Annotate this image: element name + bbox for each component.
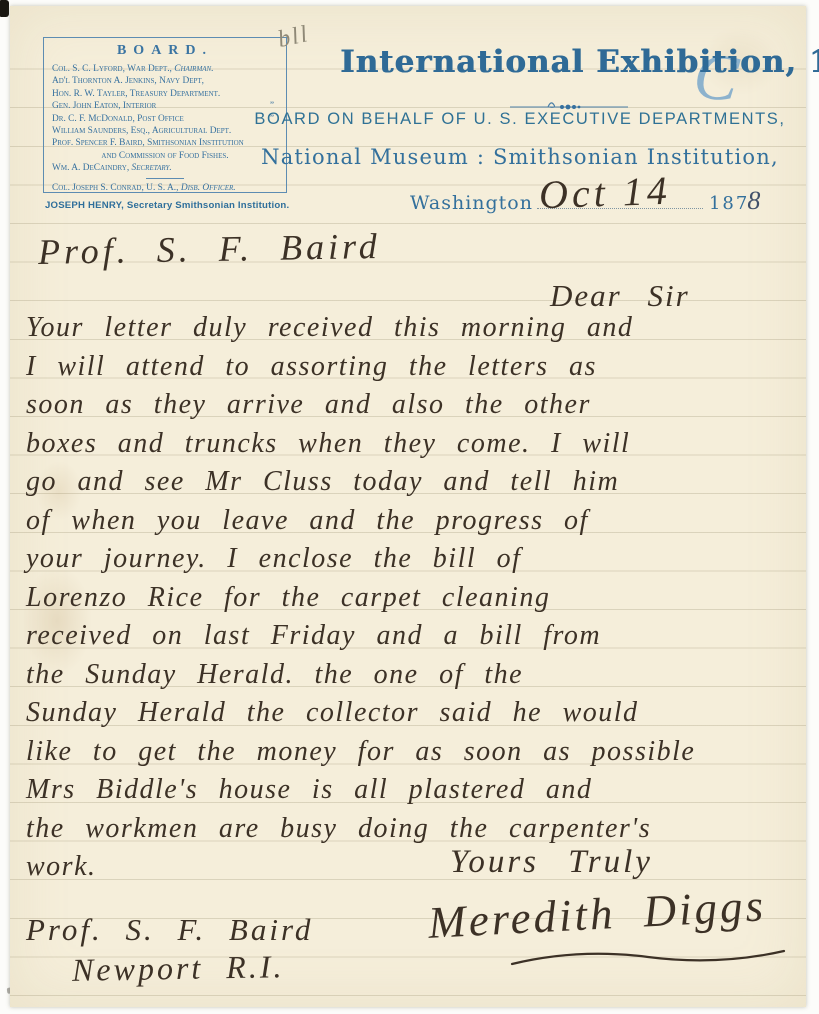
footer-recipient-address: Newport R.I. [72,948,285,989]
dateline: WashingtonOct 141878 [410,186,760,216]
body-line: I will attend to assorting the letters a… [26,351,796,390]
secretary-smithsonian-line: JOSEPH HENRY, Secretary Smithsonian Inst… [45,200,289,211]
pencil-scribble: bll [276,21,312,54]
date-dotted-underline: Oct 14 [537,188,703,209]
body-line: the workmen are busy doing the carpenter… [26,813,796,852]
letterhead-title: International Exhibition, 1876. [340,44,819,80]
signature: Meredith Diggs [427,879,767,949]
board-box-title: BOARD. [52,43,278,59]
board-member-line: Col. Joseph S. Conrad, U. S. A., Disb. O… [52,182,278,194]
board-member-line: Col. S. C. Lyford, War Dept., Chairman. [52,63,278,75]
body-line: Your letter duly received this morning a… [26,312,796,351]
recipient-name: Prof. S. F. Baird [38,225,381,273]
letterhead-institution: National Museum : Smithsonian Institutio… [240,145,800,169]
body-line: Lorenzo Rice for the carpet cleaning [26,582,796,621]
scan-artifact-left-edge [0,0,9,17]
printed-year-prefix: 187 [709,193,749,214]
body-line: soon as they arrive and also the other [26,389,796,428]
body-line: of when you leave and the progress of [26,505,796,544]
board-box-divider [146,178,184,179]
body-line: go and see Mr Cluss today and tell him [26,466,796,505]
board-member-line: Ad'l Thornton A. Jenkins, Navy Dept, [52,75,278,87]
letter-body: Your letter duly received this morning a… [26,312,796,890]
body-line: like to get the money for as soon as pos… [26,736,796,775]
footer-recipient-name: Prof. S. F. Baird [26,912,313,948]
body-line: received on last Friday and a bill from [26,620,796,659]
body-line: your journey. I enclose the bill of [26,543,796,582]
salutation: Dear Sir [550,278,690,314]
body-line: boxes and truncks when they come. I will [26,428,796,467]
body-line: Mrs Biddle's house is all plastered and [26,774,796,813]
board-member-line: Hon. R. W. Tayler, Treasury Department. [52,88,278,100]
body-line: the Sunday Herald. the one of the [26,659,796,698]
body-line: Sunday Herald the collector said he woul… [26,697,796,736]
letter-paper: BOARD. Col. S. C. Lyford, War Dept., Cha… [10,6,806,1007]
closing-phrase: Yours Truly [450,844,653,881]
signature-flourish [508,944,788,970]
dateline-place: Washington [410,192,533,214]
letterhead-subtitle: BOARD ON BEHALF OF U. S. EXECUTIVE DEPAR… [240,110,800,129]
scan-canvas: BOARD. Col. S. C. Lyford, War Dept., Cha… [0,0,819,1014]
handwritten-year-digit: 8 [747,186,760,215]
handwritten-date: Oct 14 [538,167,671,219]
